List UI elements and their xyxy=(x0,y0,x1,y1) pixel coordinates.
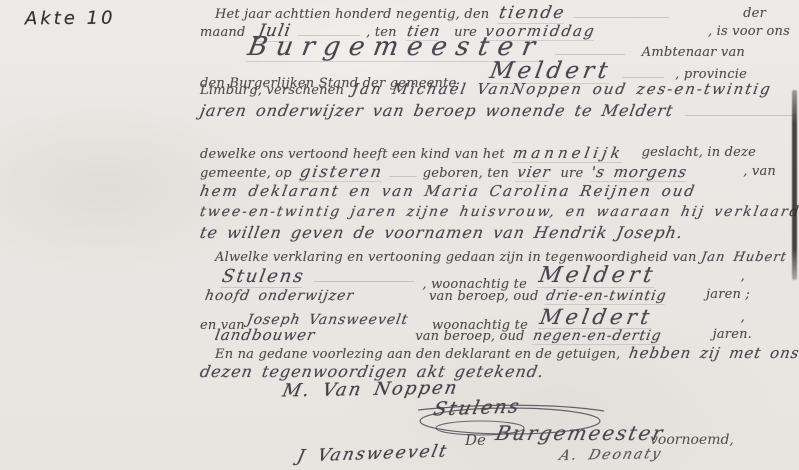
document: Akte 10 Het jaar achttien honderd negent… xyxy=(0,0,799,470)
body-line: twee-en-twintig jaren zijne huisvrouw, e… xyxy=(200,203,790,220)
handwritten-segment: Jan Michaël VanNoppen oud zes-en-twintig xyxy=(351,82,773,98)
body-line: gemeente, opgisterengeboren, tenvierure'… xyxy=(200,164,790,182)
body-line: Alwelke verklaring en vertooning gedaan … xyxy=(215,248,790,265)
body-line: te willen geven de voornamen van Hendrik… xyxy=(200,225,790,242)
body-line: landbouwervan beroep, oudnegen-en-dertig… xyxy=(215,327,790,345)
printed-segment: , xyxy=(741,270,745,284)
mayor-signature: A. Deonaty xyxy=(558,446,665,464)
blank-rule xyxy=(685,104,795,116)
handwritten-segment: jaren onderwijzer van beroep wonende te … xyxy=(199,103,675,120)
printed-segment: geboren, ten xyxy=(423,166,509,181)
printed-segment: geslacht, in deze xyxy=(642,146,756,160)
closing-de-label: De xyxy=(465,431,486,449)
body-line: dewelke ons vertoond heeft een kind van … xyxy=(200,145,790,163)
act-number: Akte 10 xyxy=(25,8,116,30)
printed-segment: van beroep, oud xyxy=(429,289,538,304)
printed-segment: Het jaar achttien honderd negentig, den xyxy=(215,7,489,22)
handwritten-segment: hem deklarant en van Maria Carolina Reij… xyxy=(199,184,698,200)
printed-segment: jaren ; xyxy=(706,288,750,302)
printed-segment: Limburg, verschenen xyxy=(200,83,344,98)
printed-segment: gemeente, op xyxy=(200,166,292,181)
scan-edge-artifact xyxy=(792,90,797,280)
handwritten-segment: landbouwer xyxy=(214,328,317,344)
printed-segment: , xyxy=(741,311,745,325)
handwritten-segment: negen-en-dertig xyxy=(531,329,662,345)
handwritten-segment: Stulens xyxy=(220,268,306,288)
printed-segment: Ambtenaar van xyxy=(642,46,745,60)
printed-segment: jaren. xyxy=(713,328,752,342)
blank-rule xyxy=(574,6,669,18)
handwritten-segment: Meldert xyxy=(538,306,655,329)
printed-segment: , van xyxy=(743,165,776,179)
printed-segment: dewelke ons vertoond heeft een kind van … xyxy=(200,147,505,162)
blank-rule xyxy=(622,66,664,78)
body-line: dezen tegenwoordigen akt getekend. xyxy=(200,364,790,381)
handwritten-segment: Meldert xyxy=(537,264,658,288)
blank-rule xyxy=(314,270,414,282)
body-line: Limburg, verschenenJan Michaël VanNoppen… xyxy=(200,81,790,98)
blank-rule xyxy=(389,165,417,177)
handwritten-segment: gisteren xyxy=(298,164,384,182)
printed-segment: ure xyxy=(560,166,583,181)
printed-segment: der xyxy=(743,7,766,21)
handwritten-segment: vier xyxy=(516,165,552,182)
body-line: hoofd onderwijzervan beroep, ouddrie-en-… xyxy=(205,287,790,305)
closing-burgemeester-script: Burgemeester xyxy=(493,421,666,445)
printed-segment: maand xyxy=(200,25,246,40)
handwritten-segment: Jan Hubert xyxy=(699,251,787,265)
blank-rule xyxy=(555,43,625,55)
handwritten-segment: mannelijk xyxy=(511,146,625,163)
witness-signature-vansweevelt: J Vansweevelt xyxy=(295,441,450,466)
body-line: Stulens, woonachtig teMeldert, xyxy=(222,264,790,288)
handwritten-segment: hoofd onderwijzer xyxy=(204,289,356,304)
printed-segment: En na gedane voorlezing aan den deklaran… xyxy=(215,347,621,362)
handwritten-segment: drie-en-twintig xyxy=(545,289,668,305)
body-line: En na gedane voorlezing aan den deklaran… xyxy=(215,345,790,362)
body-line: jaren onderwijzer van beroep wonende te … xyxy=(200,103,790,120)
handwritten-segment: te willen geven de voornamen van Hendrik… xyxy=(199,225,685,242)
handwritten-segment: twee-en-twintig jaren zijne huisvrouw, e… xyxy=(199,205,799,220)
handwritten-segment: 's morgens xyxy=(590,165,689,182)
handwritten-segment: hebben zij met ons xyxy=(627,346,799,362)
body-line: hem deklarant en van Maria Carolina Reij… xyxy=(200,183,790,200)
printed-segment: van beroep, oud xyxy=(415,329,524,344)
